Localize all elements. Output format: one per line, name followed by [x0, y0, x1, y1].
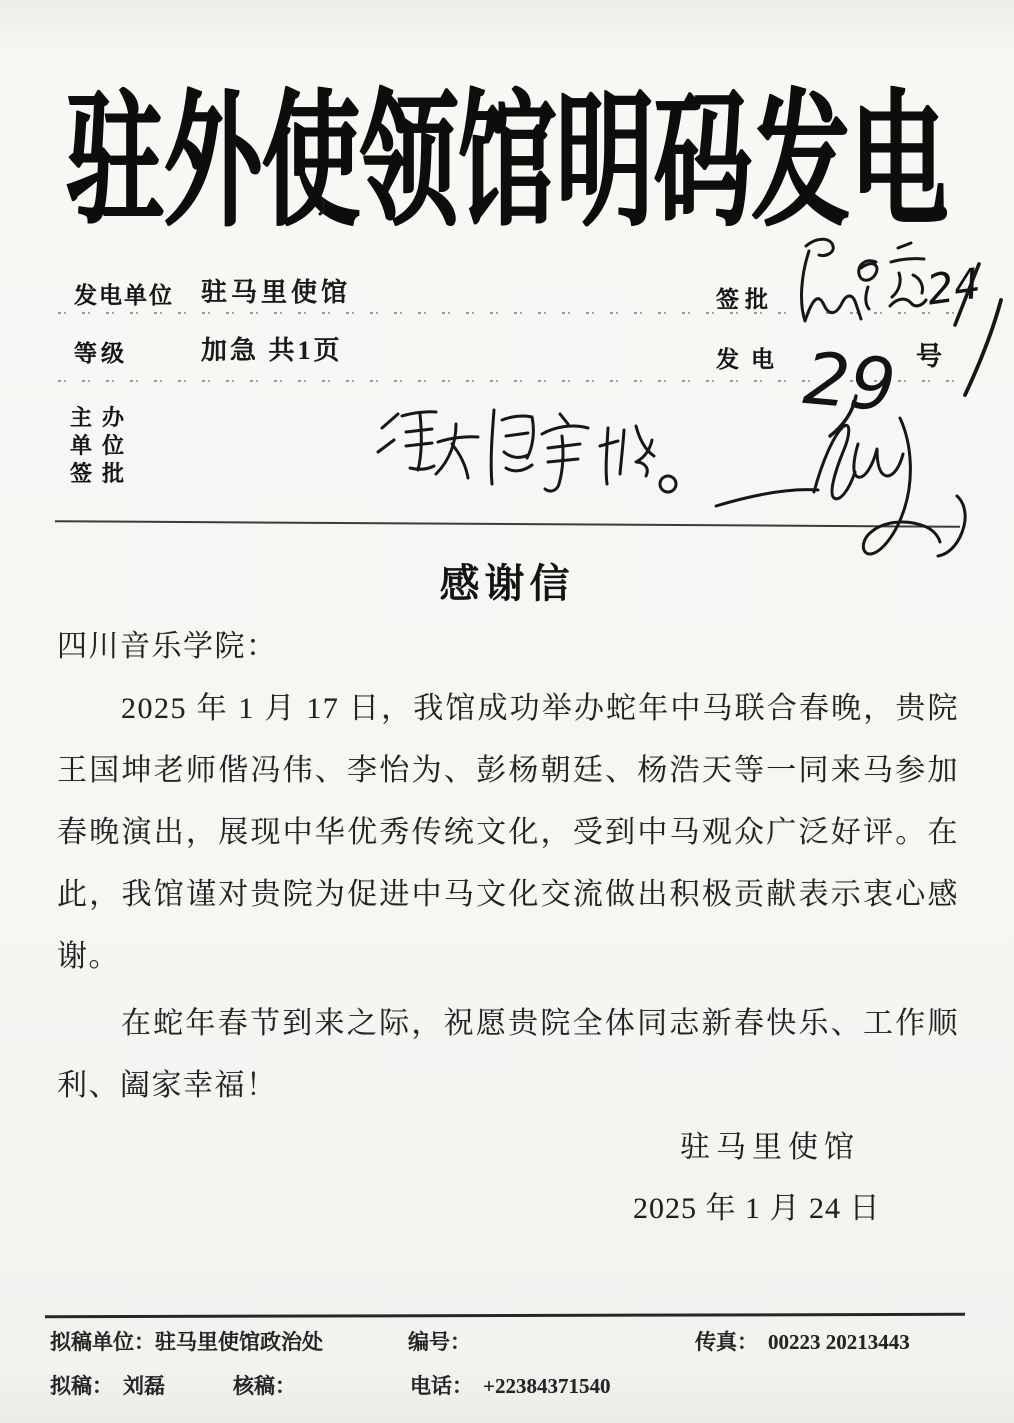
approval-signature-handwriting: 24 — [802, 239, 1001, 395]
phone-label: 电话： — [410, 1374, 473, 1398]
body-line: 谢。 — [57, 926, 959, 988]
host-unit-label-line2: 单位 — [70, 432, 134, 460]
phone: 电话：+22384371540 — [410, 1370, 610, 1400]
letter-title: 感谢信 — [0, 552, 1014, 609]
drafting-unit-label: 拟稿单位： — [50, 1330, 155, 1354]
host-unit-label-line1: 主办 — [70, 404, 134, 432]
reviewer: 核稿： — [233, 1370, 306, 1400]
drafter-label: 拟稿： — [50, 1374, 113, 1398]
body-line: 王国坤老师偕冯伟、李怡为、彭杨朝廷、杨浩天等一同来马参加 — [57, 740, 959, 802]
fax: 传真：00223 20213443 — [695, 1326, 910, 1356]
drafter-name: 刘磊 — [123, 1374, 165, 1398]
approval-slash-stroke — [965, 300, 1001, 395]
signature-date: 2025 年 1 月 24 日 — [633, 1183, 881, 1227]
form-solid-rule — [55, 520, 960, 528]
body-line: 利、阖家幸福！ — [57, 1055, 959, 1117]
form-dashed-rule-2 — [58, 380, 958, 382]
sender-value: 驻马里使馆 — [201, 272, 351, 309]
dispatch-label: 发电 — [716, 341, 786, 374]
priority-label: 等级 — [74, 335, 128, 368]
footer-rule — [45, 1313, 965, 1318]
letter-body: 四川音乐学院： 2025 年 1 月 17 日，我馆成功举办蛇年中马联合春晚，贵… — [57, 616, 959, 1117]
host-unit-label-line3: 签批 — [70, 460, 134, 488]
host-unit-label: 主办 单位 签批 — [70, 404, 134, 488]
approval-day-handwritten: 24 — [924, 259, 984, 315]
drafting-unit: 拟稿单位：驻马里使馆政治处 — [50, 1326, 323, 1356]
reviewer-label: 核稿： — [233, 1374, 296, 1398]
approval-label: 签批 — [716, 281, 774, 314]
sender-label: 发电单位 — [74, 277, 174, 310]
drafting-unit-value: 驻马里使馆政治处 — [155, 1330, 323, 1354]
dispatch-number-suffix: 号 — [916, 336, 942, 373]
host-approval-signature-handwriting — [716, 418, 965, 556]
host-approval-note-handwriting — [378, 410, 676, 492]
fax-value: 00223 20213443 — [768, 1330, 910, 1354]
body-line: 2025 年 1 月 17 日，我馆成功举办蛇年中马联合春晚，贵院 — [57, 678, 959, 740]
signer-name: 驻马里使馆 — [680, 1122, 860, 1166]
phone-value: +22384371540 — [483, 1374, 610, 1398]
scanned-telegram-page: 驻外使领馆明码发电 发电单位 驻马里使馆 签批 等级 加急 共1页 发电 号 主… — [0, 0, 1014, 1423]
doc-number: 编号： — [408, 1326, 481, 1356]
priority-value: 加急 共1页 — [201, 330, 343, 367]
dispatch-number-handwriting: 29 — [800, 336, 899, 436]
drafter: 拟稿：刘磊 — [50, 1370, 165, 1400]
fax-label: 传真： — [695, 1330, 758, 1354]
form-dashed-rule-1 — [58, 312, 958, 314]
body-line: 在蛇年春节到来之际，祝愿贵院全体同志新春快乐、工作顺 — [57, 993, 959, 1055]
body-line: 此，我馆谨对贵院为促进中马文化交流做出积极贡献表示衷心感 — [57, 864, 959, 926]
body-line: 春晚演出，展现中华优秀传统文化，受到中马观众广泛好评。在 — [57, 802, 959, 864]
doc-number-label: 编号： — [408, 1330, 471, 1354]
salutation: 四川音乐学院： — [57, 616, 959, 678]
masthead-title: 驻外使领馆明码发电 — [0, 44, 1014, 256]
